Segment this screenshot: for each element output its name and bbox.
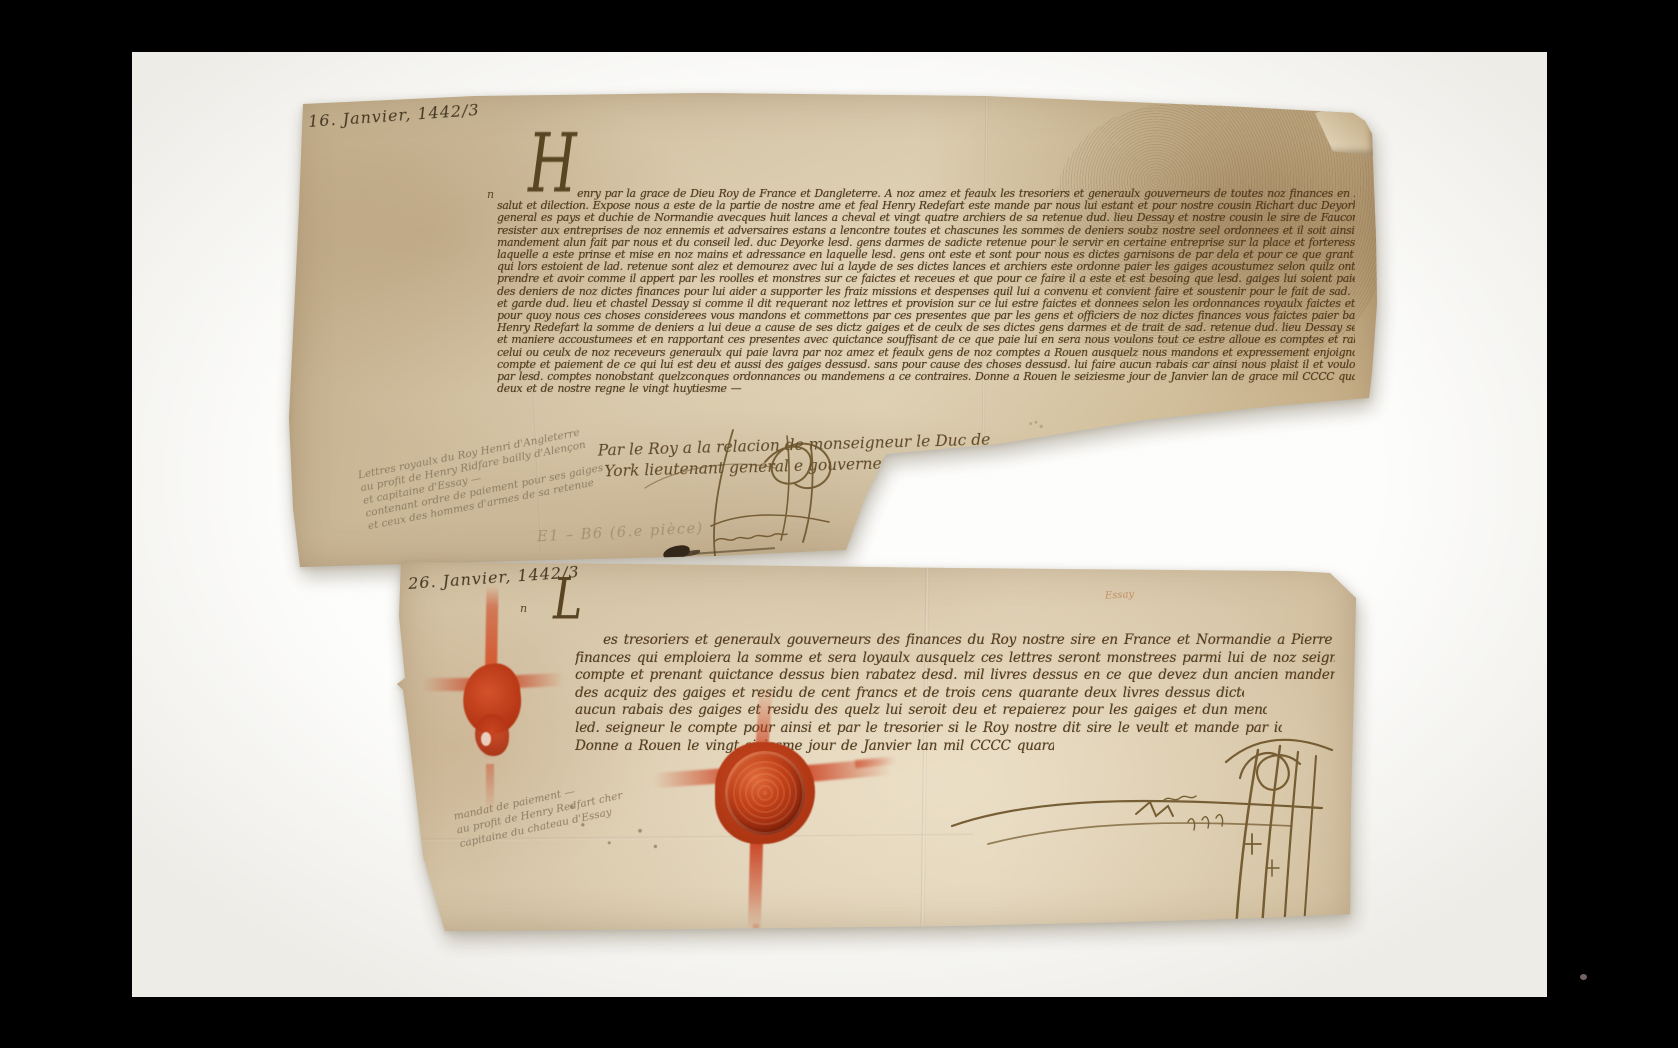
archivist-pencil-note: Lettres royaulx du Roy Henri d'Angleterr…: [357, 424, 607, 534]
signature-paraph: [615, 428, 835, 568]
parchment-payment-mandate: 26. Janvier, 1442/3 Essay n L es tresori…: [393, 556, 1363, 938]
signature-flourish: [940, 726, 1360, 936]
paragraph-mark: n: [487, 188, 494, 201]
dust-speck: [1580, 974, 1587, 980]
parchment-1-surface: 16. Janvier, 1442/3 n H enry par la grac…: [285, 88, 1385, 574]
wax-blotch: [475, 714, 509, 756]
seal-relief-pattern: [733, 760, 797, 826]
parchment-letters-patent: 16. Janvier, 1442/3 n H enry par la grac…: [285, 88, 1385, 574]
wax-drip: [748, 834, 764, 930]
date-inscription: 16. Janvier, 1442/3: [308, 100, 481, 131]
stain-speckle: [1023, 418, 1049, 432]
parchment-2-surface: 26. Janvier, 1442/3 Essay n L es tresori…: [393, 556, 1363, 938]
wax-fleck: [481, 732, 491, 746]
place-annotation: Essay: [1105, 589, 1135, 602]
wax-arm: [515, 673, 564, 688]
photograph-of-manuscripts: 16. Janvier, 1442/3 n H enry par la grac…: [0, 0, 1678, 1048]
manuscript-body-text: enry par la grace de Dieu Roy de France …: [497, 188, 1355, 395]
wax-seal: [645, 686, 895, 936]
